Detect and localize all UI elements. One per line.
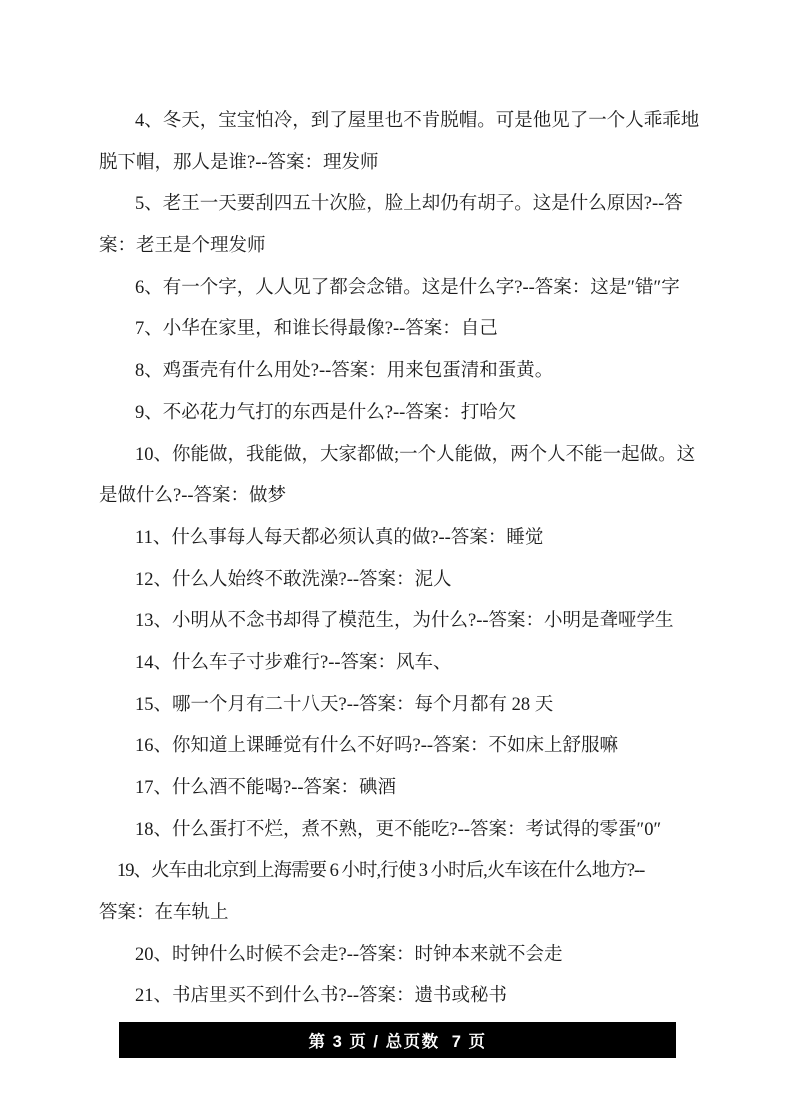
text-line: 20、时钟什么时候不会走?--答案：时钟本来就不会走 [99, 935, 677, 977]
text-line: 7、小华在家里，和谁长得最像?--答案：自己 [99, 309, 677, 351]
text-line: 脱下帽，那人是谁?--答案：理发师 [99, 143, 677, 185]
text-line: 12、什么人始终不敢洗澡?--答案：泥人 [99, 560, 677, 602]
text-line: 8、鸡蛋壳有什么用处?--答案：用来包蛋清和蛋黄。 [99, 351, 677, 393]
text-line: 17、什么酒不能喝?--答案：碘酒 [99, 768, 677, 810]
text-line: 13、小明从不念书却得了模范生，为什么?--答案：小明是聋哑学生 [99, 601, 677, 643]
text-line: 案：老王是个理发师 [99, 226, 677, 268]
text-line: 4、冬天，宝宝怕冷，到了屋里也不肯脱帽。可是他见了一个人乖乖地 [99, 101, 677, 143]
text-line: 19、火车由北京到上海需要 6 小时,行使 3 小时后,火车该在什么地方?-- [99, 851, 677, 893]
document-body: 4、冬天，宝宝怕冷，到了屋里也不肯脱帽。可是他见了一个人乖乖地脱下帽，那人是谁?… [99, 101, 677, 1018]
page-number-indicator: 第 3 页 / 总页数 7 页 [308, 1028, 486, 1052]
text-line: 答案：在车轨上 [99, 893, 677, 935]
text-line: 9、不必花力气打的东西是什么?--答案：打哈欠 [99, 393, 677, 435]
text-line: 6、有一个字，人人见了都会念错。这是什么字?--答案：这是″错″字 [99, 268, 677, 310]
footer-page-bar: 第 3 页 / 总页数 7 页 [119, 1022, 676, 1058]
document-page: 4、冬天，宝宝怕冷，到了屋里也不肯脱帽。可是他见了一个人乖乖地脱下帽，那人是谁?… [0, 0, 792, 1120]
text-line: 14、什么车子寸步难行?--答案：风车、 [99, 643, 677, 685]
text-line: 21、书店里买不到什么书?--答案：遗书或秘书 [99, 976, 677, 1018]
text-line: 16、你知道上课睡觉有什么不好吗?--答案：不如床上舒服嘛 [99, 726, 677, 768]
text-line: 18、什么蛋打不烂，煮不熟，更不能吃?--答案：考试得的零蛋″0″ [99, 810, 677, 852]
text-line: 11、什么事每人每天都必须认真的做?--答案：睡觉 [99, 518, 677, 560]
text-line: 是做什么?--答案：做梦 [99, 476, 677, 518]
text-line: 10、你能做，我能做，大家都做;一个人能做，两个人不能一起做。这 [99, 435, 677, 477]
text-line: 5、老王一天要刮四五十次脸，脸上却仍有胡子。这是什么原因?--答 [99, 184, 677, 226]
text-line: 15、哪一个月有二十八天?--答案：每个月都有 28 天 [99, 685, 677, 727]
